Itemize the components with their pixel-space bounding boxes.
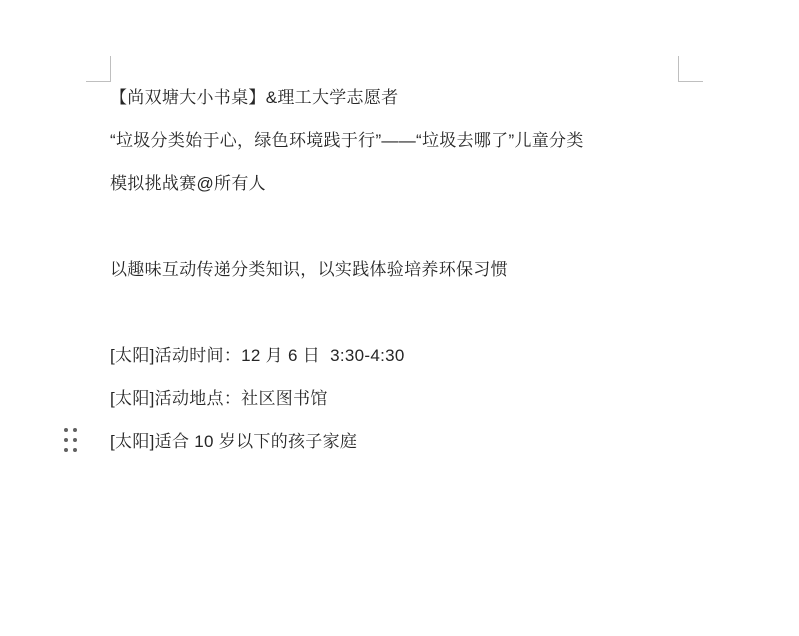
doc-line-event-time[interactable]: [太阳]活动时间：12 月 6 日 3:30-4:30: [110, 334, 682, 377]
doc-line-empty[interactable]: [110, 205, 682, 248]
drag-handle-dot: [73, 428, 77, 432]
doc-line-title-part-2[interactable]: 模拟挑战赛@所有人: [110, 162, 682, 205]
document-page: 【尚双塘大小书桌】&理工大学志愿者 “垃圾分类始于心，绿色环境践于行”——“垃圾…: [0, 0, 799, 636]
text-boundary-mark-top-left: [86, 56, 111, 82]
drag-handle-dot: [64, 438, 68, 442]
doc-line-empty[interactable]: [110, 291, 682, 334]
document-text-area[interactable]: 【尚双塘大小书桌】&理工大学志愿者 “垃圾分类始于心，绿色环境践于行”——“垃圾…: [110, 76, 682, 463]
doc-line-organizer[interactable]: 【尚双塘大小书桌】&理工大学志愿者: [110, 76, 682, 119]
doc-line-event-location[interactable]: [太阳]活动地点：社区图书馆: [110, 377, 682, 420]
drag-handle-dot: [64, 448, 68, 452]
doc-line-title-part-1[interactable]: “垃圾分类始于心，绿色环境践于行”——“垃圾去哪了”儿童分类: [110, 119, 682, 162]
drag-handle-dot: [73, 448, 77, 452]
doc-line-event-audience[interactable]: [太阳]适合 10 岁以下的孩子家庭: [110, 420, 682, 463]
drag-handle-dot: [64, 428, 68, 432]
doc-line-slogan[interactable]: 以趣味互动传递分类知识，以实践体验培养环保习惯: [110, 248, 682, 291]
drag-handle-dot: [73, 438, 77, 442]
paragraph-drag-handle-icon[interactable]: [64, 428, 77, 452]
